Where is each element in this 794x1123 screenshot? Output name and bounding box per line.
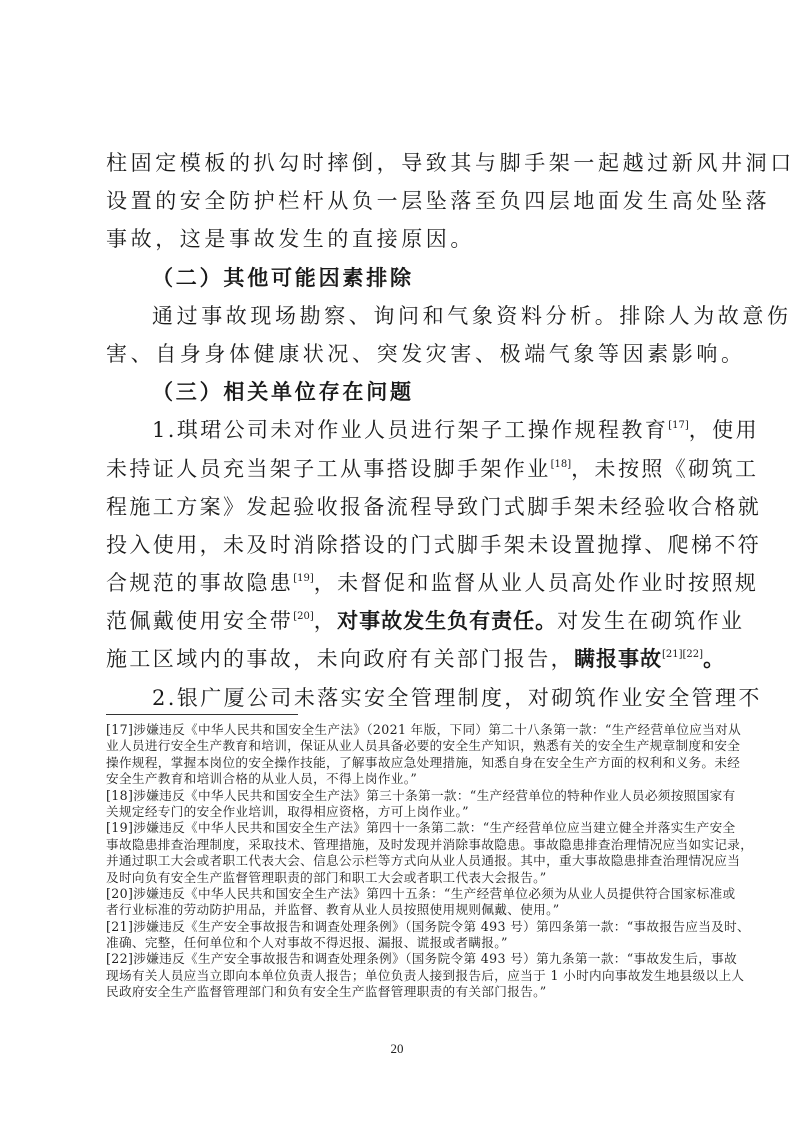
- footnote-line: 并通过职工大会或者职工代表大会、信息公示栏等方式向从业人员通报。其中，重大事故隐…: [106, 853, 696, 869]
- footnote-21: [21]涉嫌违反《生产安全事故报告和调查处理条例》（国务院令第 493 号）第四…: [106, 919, 696, 952]
- page-number: 20: [0, 1041, 794, 1057]
- body-line: 事故，这是事故发生的直接原因。: [106, 220, 696, 258]
- text: ，使用: [689, 418, 759, 442]
- emphasis-concealed-accident: 瞒报事故: [574, 647, 662, 671]
- footnote-line: [18]涉嫌违反《中华人民共和国安全生产法》第三十条第一款：“生产经营单位的特种…: [106, 788, 696, 804]
- footnote-line: 及时向负有安全生产监督管理职责的部门和职工大会或者职工代表大会报告。”: [106, 870, 696, 886]
- body-text: 柱固定模板的扒勾时摔倒，导致其与脚手架一起越过新风井洞口 设置的安全防护栏杆从负…: [106, 144, 696, 717]
- text: 。: [703, 647, 725, 671]
- footnote-19: [19]涉嫌违反《中华人民共和国安全生产法》第四十一条第二款：“生产经营单位应当…: [106, 820, 696, 886]
- footnote-divider: [106, 714, 298, 715]
- footnote-ref-20[interactable]: [20]: [293, 611, 314, 622]
- body-line: 害、自身身体健康状况、突发灾害、极端气象等因素影响。: [106, 335, 696, 373]
- footnotes: [17]涉嫌违反《中华人民共和国安全生产法》（2021 年版，下同）第二十八条第…: [106, 722, 696, 1001]
- body-line: 程施工方案》发起验收报备流程导致门式脚手架未经验收合格就: [106, 488, 696, 526]
- footnote-line: [19]涉嫌违反《中华人民共和国安全生产法》第四十一条第二款：“生产经营单位应当…: [106, 820, 696, 836]
- body-line: 通过事故现场勘察、询问和气象资料分析。排除人为故意伤: [106, 297, 696, 335]
- body-line: 2.银广厦公司未落实安全管理制度，对砌筑作业安全管理不: [106, 679, 696, 717]
- text: 对发生在砌筑作业: [557, 609, 744, 633]
- footnote-line: 者行业标准的劳动防护用品，并监督、教育从业人员按照使用规则佩戴、使用。”: [106, 902, 696, 918]
- footnote-line: 事故隐患排查治理制度，采取技术、管理措施，及时发现并消除事故隐患。事故隐患排查治…: [106, 837, 696, 853]
- footnote-line: [17]涉嫌违反《中华人民共和国安全生产法》（2021 年版，下同）第二十八条第…: [106, 722, 696, 738]
- text: 1.琪珺公司未对作业人员进行架子工操作规程教育: [152, 418, 668, 442]
- body-line: 未持证人员充当架子工从事搭设脚手架作业[18]，未按照《砌筑工: [106, 450, 696, 488]
- footnote-line: 民政府安全生产监督管理部门和负有安全生产监督管理职责的有关部门报告。”: [106, 984, 696, 1000]
- body-line: 合规范的事故隐患[19]，未督促和监督从业人员高处作业时按照规: [106, 564, 696, 602]
- footnote-line: 准确、完整，任何单位和个人对事故不得迟报、漏报、谎报或者瞒报。”: [106, 935, 696, 951]
- footnote-line: 业人员进行安全生产教育和培训，保证从业人员具备必要的安全生产知识，熟悉有关的安全…: [106, 738, 696, 754]
- footnote-20: [20]涉嫌违反《中华人民共和国安全生产法》第四十五条：“生产经营单位必须为从业…: [106, 886, 696, 919]
- text: 范佩戴使用安全带: [106, 609, 293, 633]
- body-line: 施工区域内的事故，未向政府有关部门报告，瞒报事故[21][22]。: [106, 640, 696, 678]
- section-heading-other-factors: （二）其他可能因素排除: [106, 259, 696, 297]
- footnote-17: [17]涉嫌违反《中华人民共和国安全生产法》（2021 年版，下同）第二十八条第…: [106, 722, 696, 788]
- text: ，未按照《砌筑工: [571, 457, 758, 481]
- text: 未持证人员充当架子工从事搭设脚手架作业: [106, 457, 551, 481]
- body-line: 范佩戴使用安全带[20]，对事故发生负有责任。对发生在砌筑作业: [106, 602, 696, 640]
- emphasis-responsibility: 对事故发生负有责任。: [337, 609, 557, 633]
- body-line: 1.琪珺公司未对作业人员进行架子工操作规程教育[17]，使用: [106, 411, 696, 449]
- section-heading-unit-problems: （三）相关单位存在问题: [106, 373, 696, 411]
- text: ，未督促和监督从业人员高处作业时按照规: [314, 571, 759, 595]
- text: 施工区域内的事故，未向政府有关部门报告，: [106, 647, 574, 671]
- footnote-ref-19[interactable]: [19]: [293, 573, 314, 584]
- footnote-ref-17[interactable]: [17]: [668, 420, 689, 431]
- footnote-line: [20]涉嫌违反《中华人民共和国安全生产法》第四十五条：“生产经营单位必须为从业…: [106, 886, 696, 902]
- footnote-line: [22]涉嫌违反《生产安全事故报告和调查处理条例》（国务院令第 493 号）第九…: [106, 951, 696, 967]
- text: 合规范的事故隐患: [106, 571, 293, 595]
- body-line: 投入使用，未及时消除搭设的门式脚手架未设置抛撑、爬梯不符: [106, 526, 696, 564]
- footnote-line: 操作规程，掌握本岗位的安全操作技能，了解事故应急处理措施，知悉自身在安全生产方面…: [106, 755, 696, 771]
- footnote-line: [21]涉嫌违反《生产安全事故报告和调查处理条例》（国务院令第 493 号）第四…: [106, 919, 696, 935]
- footnote-line: 现场有关人员应当立即向本单位负责人报告；单位负责人接到报告后，应当于 1 小时内…: [106, 968, 696, 984]
- footnote-ref-21-22[interactable]: [21][22]: [662, 649, 703, 660]
- footnote-18: [18]涉嫌违反《中华人民共和国安全生产法》第三十条第一款：“生产经营单位的特种…: [106, 788, 696, 821]
- body-line: 柱固定模板的扒勾时摔倒，导致其与脚手架一起越过新风井洞口: [106, 144, 696, 182]
- footnote-ref-18[interactable]: [18]: [551, 459, 572, 470]
- document-page: 柱固定模板的扒勾时摔倒，导致其与脚手架一起越过新风井洞口 设置的安全防护栏杆从负…: [0, 0, 794, 1123]
- footnote-line: 安全生产教育和培训合格的从业人员，不得上岗作业。”: [106, 771, 696, 787]
- footnote-22: [22]涉嫌违反《生产安全事故报告和调查处理条例》（国务院令第 493 号）第九…: [106, 951, 696, 1000]
- footnote-line: 关规定经专门的安全作业培训，取得相应资格，方可上岗作业。”: [106, 804, 696, 820]
- text: ，: [314, 609, 337, 633]
- body-line: 设置的安全防护栏杆从负一层坠落至负四层地面发生高处坠落: [106, 182, 696, 220]
